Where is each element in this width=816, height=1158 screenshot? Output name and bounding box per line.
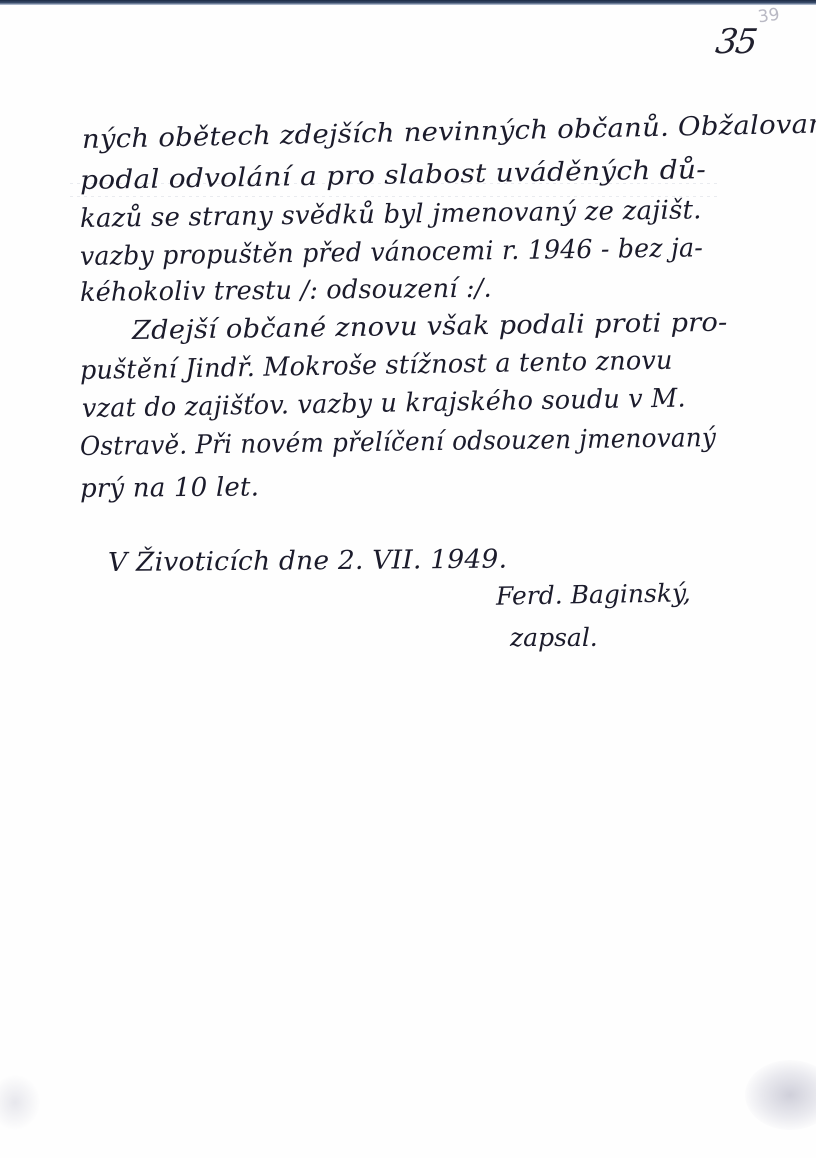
page-number: 35 [713, 22, 758, 62]
text-line: vazby propuštěn před vánocemi r. 1946 - … [80, 233, 703, 272]
text-line: Zdejší občané znovu však podali proti pr… [132, 308, 728, 346]
signature-block: Ferd. Baginský, zapsal. [496, 580, 691, 652]
text-line: kazů se strany svědků byl jmenovaný ze z… [80, 195, 702, 234]
text-line: prý na 10 let. [80, 472, 259, 504]
scan-smudge [0, 1075, 40, 1130]
pencil-page-number: 39 [757, 5, 781, 28]
chronicle-page: 35 39 ných obětech zdejších nevinných ob… [0, 0, 816, 1158]
text-line: kéhokoliv trestu /: odsouzení :/. [80, 274, 492, 308]
scan-smudge [745, 1060, 816, 1130]
text-line: puštění Jindř. Mokroše stížnost a tento … [80, 346, 673, 386]
place-and-date: V Životicích dne 2. VII. 1949. [108, 545, 507, 578]
text-line: Ostravě. Při novém přelíčení odsouzen jm… [80, 423, 716, 462]
signature-name: Ferd. Baginský, [496, 578, 691, 610]
text-line: vzat do zajišťov. vazby u krajského soud… [82, 383, 686, 424]
signature-role: zapsal. [510, 623, 691, 652]
scan-top-edge [0, 0, 816, 5]
text-line: ných obětech zdejších nevinných občanů. … [82, 109, 816, 155]
text-line: podal odvolání a pro slabost uváděných d… [80, 155, 706, 196]
